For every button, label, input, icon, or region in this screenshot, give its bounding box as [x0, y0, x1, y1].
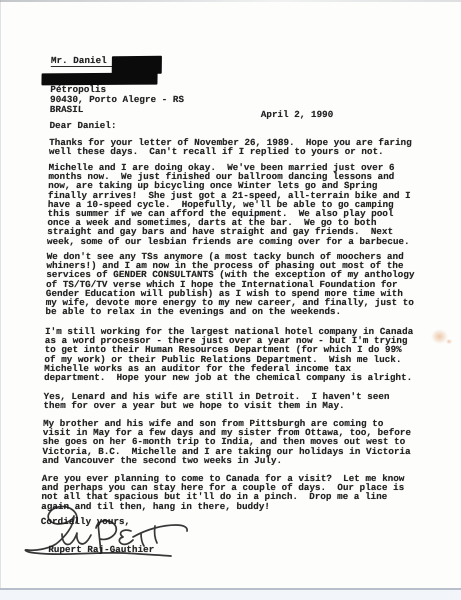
- recipient-postal-line: 90430, Porto Alegre - RS: [50, 95, 184, 104]
- recipient-country: BRASIL: [50, 105, 84, 114]
- letter-date: April 2, 1990: [261, 110, 334, 119]
- body-paragraph-6: My brother and his wife and son from Pit…: [42, 419, 411, 465]
- body-paragraph-4: I'm still working for the largest nation…: [44, 327, 413, 382]
- redaction-bar-name: [112, 56, 162, 75]
- handwritten-signature: [0, 505, 230, 565]
- recipient-name-line: Mr. Daniel: [51, 56, 113, 67]
- recipient-city: Pétropolis: [50, 85, 106, 94]
- letter-page: Mr. Daniel Pétropolis 90430, Porto Alegr…: [0, 0, 461, 600]
- body-paragraph-5: Yes, Lenard and his wife are still in De…: [43, 392, 389, 410]
- body-paragraph-3: We don't see any TSs anymore (a most tac…: [45, 252, 415, 316]
- recipient-name: Mr. Daniel: [51, 56, 113, 67]
- salutation: Dear Daniel:: [49, 121, 116, 130]
- body-paragraph-1: Thanks for your letter of November 26, 1…: [49, 138, 412, 156]
- body-paragraph-2: Michelle and I are doing okay. We've bee…: [47, 163, 411, 246]
- scan-background-strip: [0, 590, 461, 600]
- stain-dot: [446, 339, 452, 344]
